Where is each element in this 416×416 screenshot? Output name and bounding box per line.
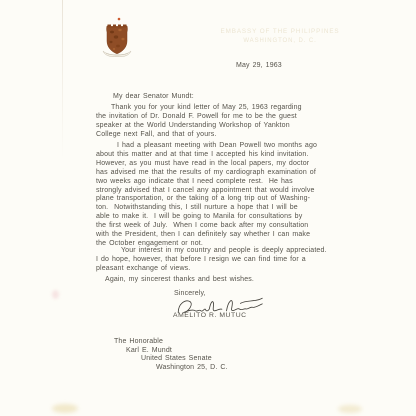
paper-left-edge: [62, 0, 63, 160]
paper-corner-smudge-left: [52, 404, 78, 413]
embossed-letterhead-line2: WASHINGTON, D. C.: [200, 38, 360, 44]
embassy-seal-crest-icon: [100, 15, 134, 60]
body-paragraph-3: Your interest in my country and people i…: [96, 247, 327, 274]
letter-photo: EMBASSY OF THE PHILIPPINES WASHINGTON, D…: [0, 0, 416, 416]
salutation: My dear Senator Mundt:: [113, 93, 194, 102]
recipient-line-city: Washington 25, D. C.: [156, 364, 228, 373]
body-paragraph-1: Thank you for your kind letter of May 25…: [96, 104, 302, 140]
embossed-letterhead-line1: EMBASSY OF THE PHILIPPINES: [200, 28, 360, 35]
letter-date: May 29, 1963: [236, 62, 282, 71]
paper-smudge: [52, 290, 59, 299]
signature-typed-name: AMELITO R. MUTUC: [173, 312, 247, 319]
body-paragraph-4: Again, my sincerest thanks and best wish…: [96, 276, 254, 285]
body-paragraph-2: I had a pleasant meeting with Dean Powel…: [96, 142, 317, 249]
paper-corner-smudge-right: [338, 405, 362, 413]
